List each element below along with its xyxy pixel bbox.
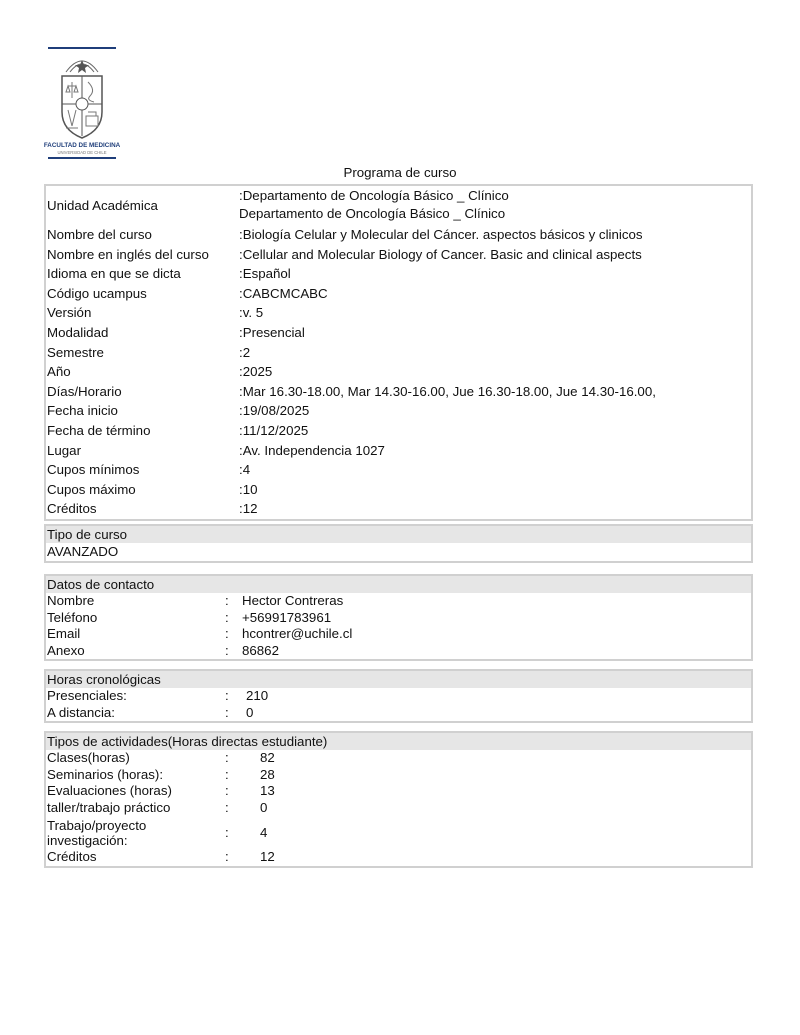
contact-label: Anexo [46,643,225,660]
separator: : [225,783,242,800]
info-row: Versión:v. 5 [46,303,751,323]
info-value: :Av. Independencia 1027 [239,441,751,461]
info-row: Modalidad:Presencial [46,323,751,343]
info-row-unidad: Unidad Académica :Departamento de Oncolo… [46,187,751,225]
activity-label: taller/trabajo práctico [46,800,225,817]
activities-section: Tipos de actividades(Horas directas estu… [44,731,753,868]
contact-email[interactable]: hcontrer@uchile.cl [242,626,751,643]
info-value: :v. 5 [239,303,751,323]
info-row: Nombre del curso:Biología Celular y Mole… [46,225,751,245]
info-label: Fecha de término [46,421,239,441]
info-value: :10 [239,480,751,500]
contact-label: Nombre [46,593,225,610]
contact-value: +56991783961 [242,610,751,627]
activity-row: Trabajo/proyecto investigación::4 [46,816,751,849]
info-row: Semestre:2 [46,343,751,363]
section-header: Datos de contacto [46,576,751,593]
separator: : [225,610,242,627]
info-label: Año [46,362,239,382]
course-type-value: AVANZADO [46,543,751,561]
info-value-line2: Departamento de Oncología Básico _ Clíni… [239,205,751,223]
activity-value: 4 [242,825,751,840]
course-info-table: Unidad Académica :Departamento de Oncolo… [44,184,753,521]
hours-label: Presenciales: [46,688,225,705]
info-value: :Mar 16.30-18.00, Mar 14.30-16.00, Jue 1… [239,382,751,402]
contact-row: Teléfono:+56991783961 [46,610,751,627]
info-label: Créditos [46,499,239,519]
activity-value: 13 [242,783,751,800]
separator: : [225,593,242,610]
info-label: Modalidad [46,323,239,343]
hours-section: Horas cronológicas Presenciales::210 A d… [44,669,753,723]
info-value: :2 [239,343,751,363]
separator: : [225,688,242,705]
hours-label: A distancia: [46,705,225,722]
info-label: Nombre del curso [46,225,239,245]
activity-row: taller/trabajo práctico:0 [46,800,751,817]
activity-label: Créditos [46,849,225,866]
section-header: Tipos de actividades(Horas directas estu… [46,733,751,750]
info-value: :12 [239,499,751,519]
info-label: Fecha inicio [46,401,239,421]
faculty-logo: FACULTAD DE MEDICINA UNIVERSIDAD DE CHIL… [44,46,120,160]
activity-row: Créditos:12 [46,849,751,866]
course-type-section: Tipo de curso AVANZADO [44,524,753,563]
info-row: Código ucampus:CABCMCABC [46,284,751,304]
info-value: :Biología Celular y Molecular del Cáncer… [239,225,751,245]
activity-label: Seminarios (horas): [46,767,225,784]
info-label: Cupos mínimos [46,460,239,480]
info-row: Fecha de término:11/12/2025 [46,421,751,441]
separator: : [225,825,242,840]
info-label: Cupos máximo [46,480,239,500]
info-row: Créditos:12 [46,499,751,519]
logo-line1: FACULTAD DE MEDICINA [44,142,120,149]
contact-row: Nombre:Hector Contreras [46,593,751,610]
info-row: Lugar:Av. Independencia 1027 [46,441,751,461]
hours-row: Presenciales::210 [46,688,751,705]
contact-row: Anexo:86862 [46,643,751,660]
info-label: Versión [46,303,239,323]
separator: : [225,750,242,767]
activity-value: 12 [242,849,751,866]
hours-value: 210 [242,688,751,705]
activity-row: Evaluaciones (horas):13 [46,783,751,800]
info-row: Año:2025 [46,362,751,382]
info-label: Semestre [46,343,239,363]
activity-value: 82 [242,750,751,767]
contact-value: Hector Contreras [242,593,751,610]
contact-label: Teléfono [46,610,225,627]
info-value: :Presencial [239,323,751,343]
activity-row: Seminarios (horas)::28 [46,767,751,784]
info-value: :Cellular and Molecular Biology of Cance… [239,245,751,265]
info-label: Lugar [46,441,239,461]
separator: : [225,767,242,784]
separator: : [225,800,242,817]
separator: : [225,643,242,660]
info-row: Cupos máximo:10 [46,480,751,500]
info-value: :CABCMCABC [239,284,751,304]
activity-value: 0 [242,800,751,817]
contact-value: 86862 [242,643,751,660]
info-label: Nombre en inglés del curso [46,245,239,265]
separator: : [225,626,242,643]
info-value: :Departamento de Oncología Básico _ Clín… [239,187,751,225]
contact-section: Datos de contacto Nombre:Hector Contrera… [44,574,753,661]
logo-line2: UNIVERSIDAD DE CHILE [57,150,106,155]
contact-row: Email:hcontrer@uchile.cl [46,626,751,643]
activity-value: 28 [242,767,751,784]
info-row: Días/Horario:Mar 16.30-18.00, Mar 14.30-… [46,382,751,402]
activity-label: Trabajo/proyecto investigación: [46,818,177,848]
info-row: Idioma en que se dicta:Español [46,264,751,284]
info-label: Código ucampus [46,284,239,304]
separator: : [225,705,242,722]
activity-row: Clases(horas):82 [46,750,751,767]
info-label: Idioma en que se dicta [46,264,239,284]
section-header: Horas cronológicas [46,671,751,688]
info-value: :19/08/2025 [239,401,751,421]
info-value: :2025 [239,362,751,382]
section-header: Tipo de curso [46,526,751,543]
info-row: Nombre en inglés del curso:Cellular and … [46,245,751,265]
hours-value: 0 [242,705,751,722]
page-title: Programa de curso [0,165,800,180]
contact-label: Email [46,626,225,643]
info-row: Cupos mínimos:4 [46,460,751,480]
activity-label: Clases(horas) [46,750,225,767]
info-label: Unidad Académica [46,187,239,225]
info-value: :Español [239,264,751,284]
info-value-line1: :Departamento de Oncología Básico _ Clín… [239,187,751,205]
info-label: Días/Horario [46,382,239,402]
hours-row: A distancia::0 [46,705,751,722]
separator: : [225,849,242,866]
info-value: :4 [239,460,751,480]
activity-label: Evaluaciones (horas) [46,783,225,800]
info-value: :11/12/2025 [239,421,751,441]
info-row: Fecha inicio:19/08/2025 [46,401,751,421]
